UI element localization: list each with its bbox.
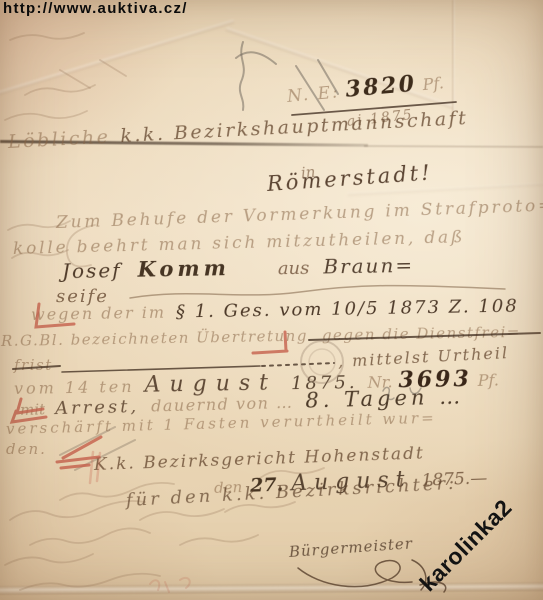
address-honorific: Löbliche [7,126,111,153]
law-continuation: R.G.Bl. bezeichneten Übertretung [1,327,308,350]
reference-number-line: N. E:3820Pf. [286,68,445,108]
sharpened-line-end: den. [6,440,47,458]
watermark-text: karolinka2 [414,494,517,597]
fold-crease-vertical [452,0,455,118]
address-place: Römerstadt! [266,160,433,196]
struck-out-word: frist [14,356,53,374]
struck-out-text: gegen die Dienstfrei= [322,323,521,344]
body-line-1: Zum Behufe der Vormerkung im Strafproto= [56,196,543,233]
verdict-nr-suffix: Pf. [478,371,500,390]
subject-first-name: Josef [62,258,122,283]
address-office-line: Löblichek.k. Bezirkshauptmannschaft [7,107,468,153]
reference-number: 3820 [344,71,417,103]
signature-text: Bürgermeister [288,534,413,561]
filler-rule-dotted [262,363,334,366]
fold-crease-diagonal-left [0,20,234,98]
subject-name-line: JosefKommausBraun= [62,252,414,283]
penalty-value: 8. Tagen … [305,384,464,412]
penalty-word: Arrest, [55,396,140,419]
subject-place-part1: Braun= [323,253,414,279]
source-url-text: http://www.auktiva.cz/ [3,0,188,17]
law-citation: § 1. Ges. vom 10/5 1873 Z. 108 [176,295,519,322]
red-ghost-number [150,578,190,592]
subject-last-name: Komm [137,255,230,282]
law-intro: wegen der im [31,303,166,324]
subject-from-word: aus [278,258,310,280]
scanned-letter-photo: http://www.auktiva.cz/ N. E:3820Pf. ai 1… [0,0,543,600]
address-office: k.k. Bezirkshauptmannschaft [120,107,469,147]
fold-line-dark-continuation [364,145,543,148]
fold-crease-bottom [0,582,543,595]
reference-suffix: Pf. [422,73,445,94]
penalty-intro: mit [20,400,46,419]
reference-prefix: N. E: [286,82,340,107]
